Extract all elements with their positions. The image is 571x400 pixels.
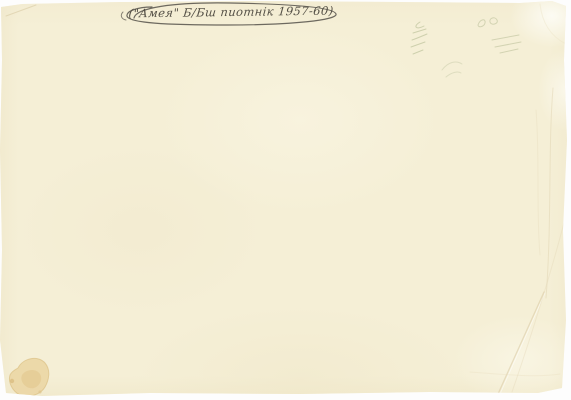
- paper-marks-overlay: [0, 0, 571, 400]
- pencil-scribble-lower: [442, 62, 462, 77]
- pencil-scribble-right: [478, 18, 521, 53]
- stain-bottom-left: [9, 358, 48, 396]
- handwritten-inscription: ("Амея" Б/Бш пиотнік 1957-60): [117, 0, 345, 27]
- scanned-photo-back: ("Амея" Б/Бш пиотнік 1957-60): [0, 0, 571, 400]
- photo-back-paper: ("Амея" Б/Бш пиотнік 1957-60): [0, 0, 571, 400]
- pencil-scribble-left: [411, 22, 427, 54]
- crease-lines: [6, 4, 566, 394]
